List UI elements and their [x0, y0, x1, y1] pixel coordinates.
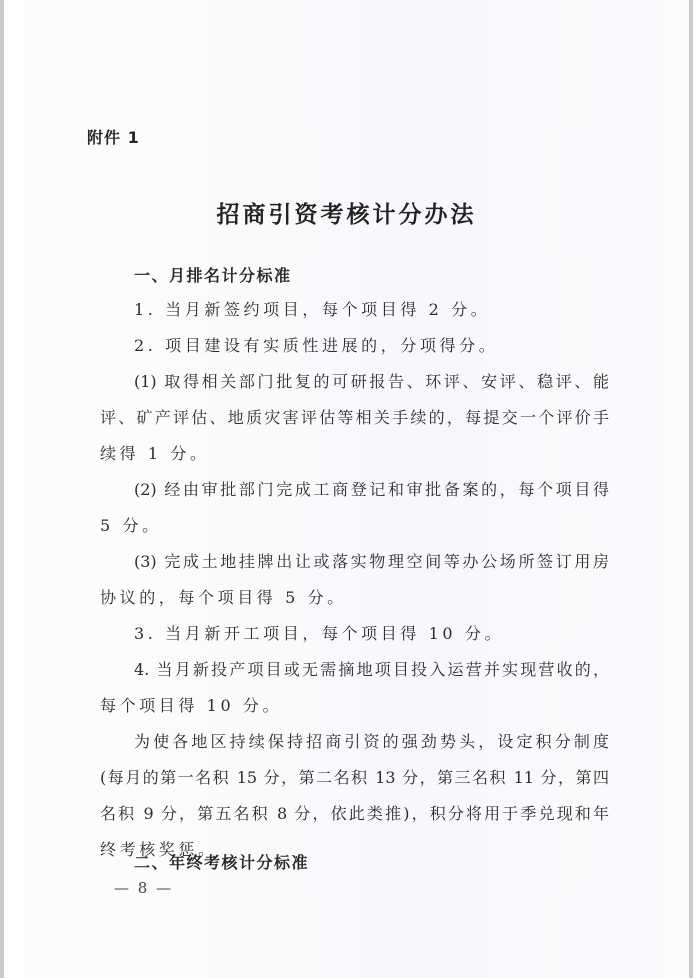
paragraph-line: 5 分。 [100, 513, 162, 536]
paragraph-line: 协议的，每个项目得 5 分。 [100, 585, 347, 608]
attachment-label: 附件 1 [87, 125, 140, 148]
paragraph-line: 2. 项目建设有实质性进展的，分项得分。 [134, 333, 498, 356]
paragraph-line: (3) 完成土地挂牌出让或落实物理空间等办公场所签订用房 [134, 549, 609, 572]
page-number: — 8 — [114, 879, 173, 897]
paragraph-line: (每月的第一名积 15 分，第二名积 13 分，第三名积 11 分，第四 [100, 765, 609, 788]
document-title: 招商引资考核计分办法 [4, 196, 689, 229]
paragraph-line: (2) 经由审批部门完成工商登记和审批备案的，每个项目得 [134, 477, 609, 500]
paragraph-line: 3. 当月新开工项目，每个项目得 10 分。 [134, 621, 504, 644]
paragraph-line: (1) 取得相关部门批复的可研报告、环评、安评、稳评、能 [134, 369, 609, 392]
paragraph-line: 名积 9 分，第五名积 8 分，依此类推)，积分将用于季兑现和年 [100, 801, 609, 824]
paragraph-line: 每个项目得 10 分。 [100, 693, 282, 716]
paragraph-line: 4. 当月新投产项目或无需摘地项目投入运营并实现营收的， [134, 657, 609, 680]
document-page: 附件 1 招商引资考核计分办法 一、月排名计分标准 1. 当月新签约项目，每个项… [4, 0, 689, 978]
section-heading-monthly: 一、月排名计分标准 [134, 263, 292, 286]
paragraph-line: 1. 当月新签约项目，每个项目得 2 分。 [134, 297, 490, 320]
paragraph-line: 续得 1 分。 [100, 441, 210, 464]
paragraph-line: 为使各地区持续保持招商引资的强劲势头，设定积分制度 [134, 729, 609, 752]
section-heading-annual: 二、年终考核计分标准 [134, 850, 309, 873]
paragraph-line: 评、矿产评估、地质灾害评估等相关手续的，每提交一个评价手 [100, 405, 609, 428]
